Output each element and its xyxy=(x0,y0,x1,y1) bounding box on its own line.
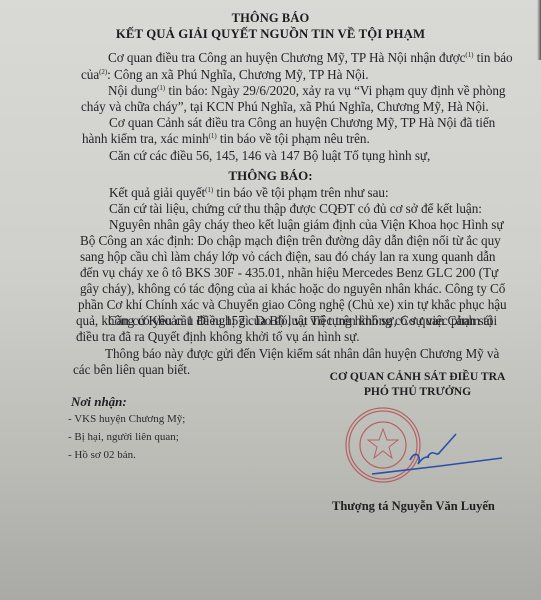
recipient-item: - Hồ sơ 02 bản. xyxy=(68,449,136,461)
document-title: THÔNG BÁO xyxy=(0,11,541,26)
paragraph-3-line-2: hành kiểm tra, xác minh(1) tin báo về tộ… xyxy=(82,131,370,147)
text: tin báo về tội phạm nêu trên. xyxy=(217,131,370,146)
paragraph-7-line: Nguyên nhân gây cháy theo kết luận giám … xyxy=(109,217,503,233)
recipients-title: Nơi nhận: xyxy=(71,394,127,410)
text: Cơ quan điều tra Công an huyện Chương Mỹ… xyxy=(108,50,465,65)
paragraph-7-line: sang hộp cầu chì làm cháy lớp vỏ cách đi… xyxy=(80,249,495,265)
paragraph-5: Kết quả giải quyết(1) tin báo về tội phạ… xyxy=(109,185,389,201)
text: Nội dung xyxy=(108,83,157,98)
paragraph-4: Căn cứ các điều 56, 145, 146 và 147 Bộ l… xyxy=(109,148,430,164)
signer-name: Thượng tá Nguyễn Văn Luyến xyxy=(332,499,495,514)
paragraph-1-line-1: Cơ quan điều tra Công an huyện Chương Mỹ… xyxy=(108,50,513,66)
paragraph-9-line-2: các bên liên quan biết. xyxy=(73,362,190,378)
text: Kết quả giải quyết xyxy=(109,185,205,200)
signature-icon xyxy=(370,430,510,480)
paragraph-2-line-1: Nội dung(1) tin báo: Ngày 29/6/2020, xảy… xyxy=(108,83,505,99)
paragraph-8-line-2: điều tra đã ra Quyết định không khởi tố … xyxy=(76,329,360,345)
paragraph-9-line-1: Thông báo này được gửi đến Viện kiểm sát… xyxy=(105,346,499,362)
footnote-ref: (1) xyxy=(157,84,165,92)
recipient-item: - Bị hại, người liên quan; xyxy=(68,431,179,443)
paragraph-7-line: đến vụ cháy xe ô tô BKS 30F - 435.01, nh… xyxy=(80,265,498,281)
footnote-ref: (2) xyxy=(99,68,107,76)
document-page: THÔNG BÁO KẾT QUẢ GIẢI QUYẾT NGUỒN TIN V… xyxy=(0,0,541,600)
paragraph-2-line-2: cháy và chữa cháy”, tại KCN Phú Nghĩa, x… xyxy=(81,99,489,115)
paragraph-6: Căn cứ tài liệu, chứng cứ thu thập được … xyxy=(109,201,482,217)
recipient-item: - VKS huyện Chương Mỹ; xyxy=(68,413,185,425)
paragraph-7-line: phần Cơ khí Chính xác và Chuyển giao Côn… xyxy=(78,297,507,313)
text: tin báo về tội phạm trên như sau: xyxy=(213,185,388,200)
text: hành kiểm tra, xác minh xyxy=(82,131,209,146)
paragraph-7-line: Bộ Công an xác định: Do chập mạch điện t… xyxy=(80,233,501,249)
footnote-ref: (1) xyxy=(205,186,213,194)
paragraph-7-line: gây cháy), không có tác động của ai khác… xyxy=(80,281,505,297)
paragraph-1-line-2: của(2): Công an xã Phú Nghĩa, Chương Mỹ,… xyxy=(81,67,369,83)
paragraph-8-line-1: Căn cứ Khoản 1 Điều 157 của Bộ luật Tố t… xyxy=(108,313,493,329)
document-subtitle: KẾT QUẢ GIẢI QUYẾT NGUỒN TIN VỀ TỘI PHẠM xyxy=(0,27,541,42)
paragraph-3-line-1: Cơ quan Cảnh sát điều tra Công an huyện … xyxy=(109,115,495,131)
text: tin báo: Ngày 29/6/2020, xảy ra vụ “Vi p… xyxy=(165,83,505,98)
signing-organization: CƠ QUAN CẢNH SÁT ĐIỀU TRA xyxy=(315,370,520,383)
text: tin báo xyxy=(473,50,512,65)
text: : Công an xã Phú Nghĩa, Chương Mỹ, TP Hà… xyxy=(107,67,368,82)
notice-subheading: THÔNG BÁO: xyxy=(0,168,541,184)
text: của xyxy=(81,67,99,82)
footnote-ref: (1) xyxy=(209,132,217,140)
signing-position: PHÓ THỦ TRƯỞNG xyxy=(315,385,520,398)
